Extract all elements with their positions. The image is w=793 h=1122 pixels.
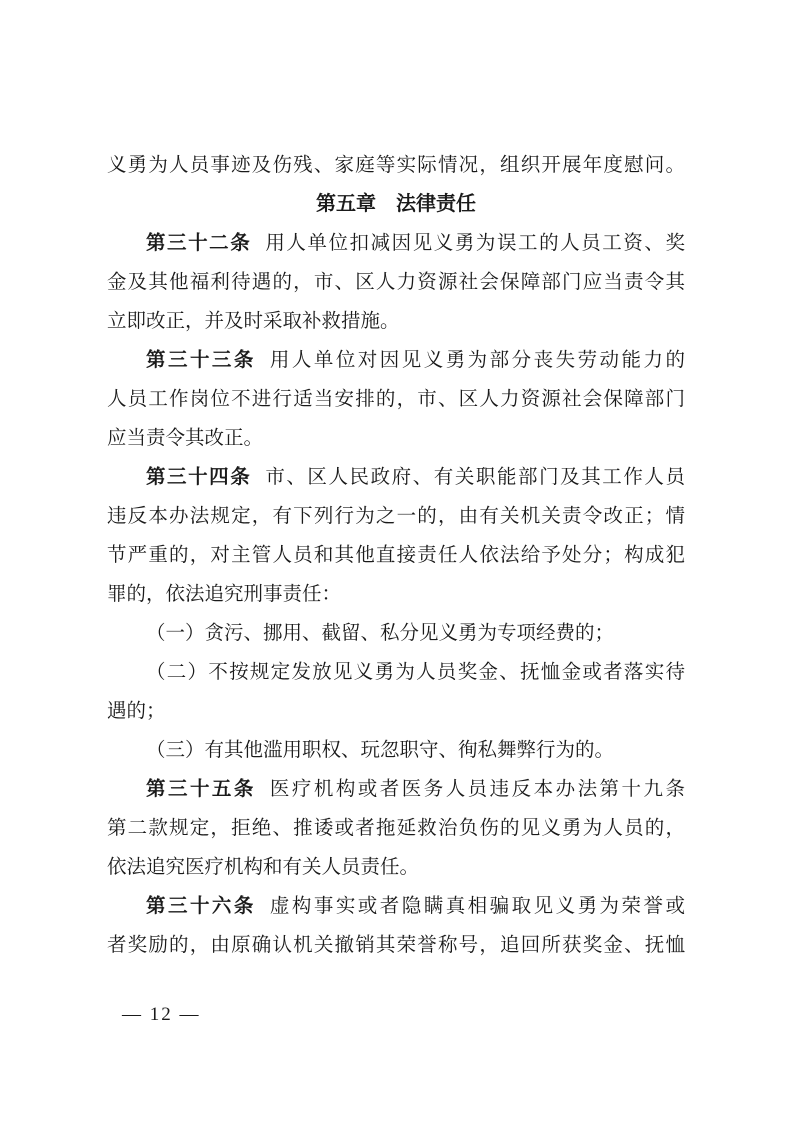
paragraph-continuation: 义勇为人员事迹及伤残、家庭等实际情况，组织开展年度慰问。 <box>107 145 685 184</box>
article-text: 用人单位对因见义勇为部分丧失劳动能力的 <box>270 348 685 371</box>
article-33: 第三十三条用人单位对因见义勇为部分丧失劳动能力的 人员工作岗位不进行适当安排的，… <box>107 340 685 457</box>
article-line: 罪的，依法追究刑事责任： <box>107 574 685 613</box>
article-36: 第三十六条虚构事实或者隐瞒真相骗取见义勇为荣誉或 者奖励的，由原确认机关撤销其荣… <box>107 886 685 964</box>
article-line: 立即改正，并及时采取补救措施。 <box>107 301 685 340</box>
list-item-2: （二）不按规定发放见义勇为人员奖金、抚恤金或者落实待 <box>107 652 685 691</box>
article-label: 第三十五条 <box>146 777 256 800</box>
list-item-2-continuation: 遇的； <box>107 691 685 730</box>
article-label: 第三十二条 <box>146 231 251 254</box>
article-text: 用人单位扣减因见义勇为误工的人员工资、奖 <box>265 231 685 254</box>
article-line: 节严重的，对主管人员和其他直接责任人依法给予处分；构成犯 <box>107 535 685 574</box>
article-label: 第三十四条 <box>146 465 251 488</box>
list-item-1: （一）贪污、挪用、截留、私分见义勇为专项经费的； <box>107 613 685 652</box>
article-line: 违反本办法规定，有下列行为之一的，由有关机关责令改正；情 <box>107 496 685 535</box>
article-line: 第三十四条市、区人民政府、有关职能部门及其工作人员 <box>107 457 685 496</box>
document-page: 义勇为人员事迹及伤残、家庭等实际情况，组织开展年度慰问。 第五章 法律责任 第三… <box>0 0 793 1122</box>
article-35: 第三十五条医疗机构或者医务人员违反本办法第十九条 第二款规定，拒绝、推诿或者拖延… <box>107 769 685 886</box>
article-line: 第三十二条用人单位扣减因见义勇为误工的人员工资、奖 <box>107 223 685 262</box>
article-label: 第三十六条 <box>146 894 256 917</box>
list-item-3: （三）有其他滥用职权、玩忽职守、徇私舞弊行为的。 <box>107 730 685 769</box>
article-34: 第三十四条市、区人民政府、有关职能部门及其工作人员 违反本办法规定，有下列行为之… <box>107 457 685 769</box>
document-body: 义勇为人员事迹及伤残、家庭等实际情况，组织开展年度慰问。 第五章 法律责任 第三… <box>107 145 685 964</box>
article-text: 市、区人民政府、有关职能部门及其工作人员 <box>265 465 685 488</box>
article-line: 第三十三条用人单位对因见义勇为部分丧失劳动能力的 <box>107 340 685 379</box>
article-line: 第三十六条虚构事实或者隐瞒真相骗取见义勇为荣誉或 <box>107 886 685 925</box>
article-line: 者奖励的，由原确认机关撤销其荣誉称号，追回所获奖金、抚恤 <box>107 925 685 964</box>
article-text: 医疗机构或者医务人员违反本办法第十九条 <box>270 777 685 800</box>
article-text: 虚构事实或者隐瞒真相骗取见义勇为荣誉或 <box>270 894 685 917</box>
article-line: 第二款规定，拒绝、推诿或者拖延救治负伤的见义勇为人员的， <box>107 808 685 847</box>
article-line: 依法追究医疗机构和有关人员责任。 <box>107 847 685 886</box>
article-32: 第三十二条用人单位扣减因见义勇为误工的人员工资、奖 金及其他福利待遇的，市、区人… <box>107 223 685 340</box>
article-line: 金及其他福利待遇的，市、区人力资源社会保障部门应当责令其 <box>107 262 685 301</box>
article-line: 人员工作岗位不进行适当安排的，市、区人力资源社会保障部门 <box>107 379 685 418</box>
page-number: — 12 — <box>122 1004 201 1026</box>
article-line: 第三十五条医疗机构或者医务人员违反本办法第十九条 <box>107 769 685 808</box>
article-line: 应当责令其改正。 <box>107 418 685 457</box>
chapter-heading: 第五章 法律责任 <box>107 184 685 223</box>
article-label: 第三十三条 <box>146 348 256 371</box>
